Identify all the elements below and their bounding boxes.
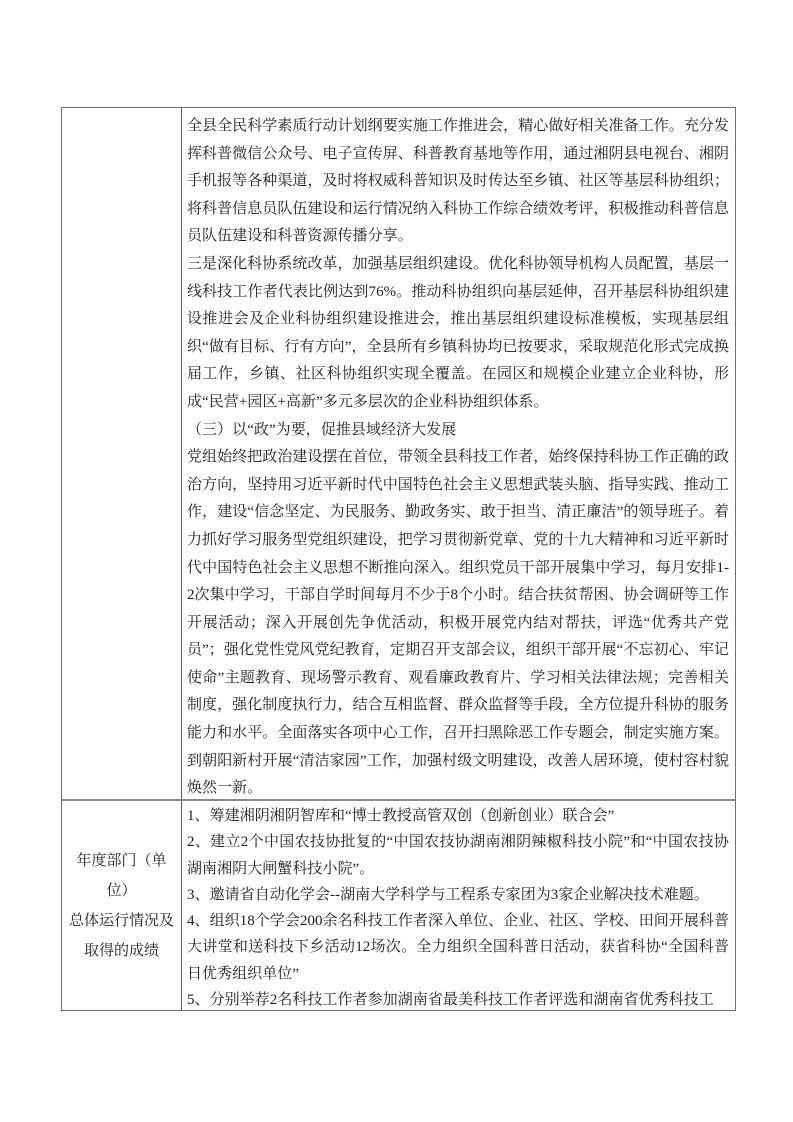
achievement-item-1: 1、筹建湘阴湘阴智库和“博士教授高管双创（创新创业）联合会”: [187, 803, 729, 829]
paragraph-system-reform: 三是深化科协系统改革，加强基层组织建设。优化科协领导机构人员配置，基层一线科技工…: [187, 251, 729, 417]
row-label-annual-achievements: 年度部门（单位） 总体运行情况及 取得的成绩: [62, 846, 181, 966]
achievement-item-3: 3、邀请省自动化学会--湖南大学科学与工程系专家团为3家企业解决技术难题。: [187, 882, 729, 908]
report-table: 全县全民科学素质行动计划纲要实施工作推进会，精心做好相关准备工作。充分发挥科普微…: [61, 107, 736, 1011]
row1-content-cell: 全县全民科学素质行动计划纲要实施工作推进会，精心做好相关准备工作。充分发挥科普微…: [182, 108, 735, 799]
achievement-item-5-clipped: 5、分别举荐2名科技工作者参加湖南省最美科技工作者评选和湖南省优秀科技工: [187, 987, 729, 1010]
row2-content-cell: 1、筹建湘阴湘阴智库和“博士教授高管双创（创新创业）联合会” 2、建立2个中国农…: [182, 801, 735, 1010]
table-row-annual-achievements: 年度部门（单位） 总体运行情况及 取得的成绩 1、筹建湘阴湘阴智库和“博士教授高…: [62, 799, 735, 1010]
row1-label-cell-empty: [62, 108, 182, 799]
paragraph-party-building: 党组始终把政治建设摆在首位，带领全县科技工作者，始终保持科协工作正确的政治方向，…: [187, 444, 729, 799]
achievement-item-2: 2、建立2个中国农技协批复的“中国农技协湖南湘阴辣椒科技小院”和“中国农技协湖南…: [187, 829, 729, 882]
achievement-item-4: 4、组织18个学会200余名科技工作者深入单位、企业、社区、学校、田间开展科普大…: [187, 908, 729, 987]
paragraph-science-popularization: 全县全民科学素质行动计划纲要实施工作推进会，精心做好相关准备工作。充分发挥科普微…: [187, 113, 729, 251]
row2-label-cell: 年度部门（单位） 总体运行情况及 取得的成绩: [62, 801, 182, 1010]
table-row-continued-text: 全县全民科学素质行动计划纲要实施工作推进会，精心做好相关准备工作。充分发挥科普微…: [62, 108, 735, 799]
section-heading-politics: （三）以“政”为要，促推县域经济大发展: [187, 417, 729, 445]
